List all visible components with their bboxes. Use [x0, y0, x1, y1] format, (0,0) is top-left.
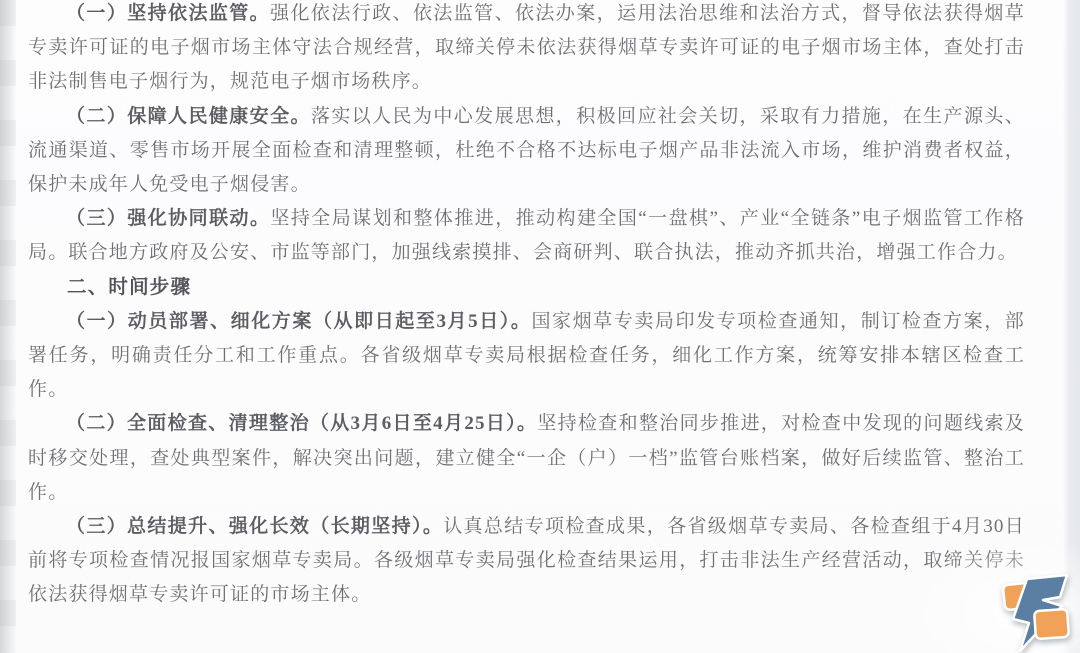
paragraph-mobilization-plan: （一）动员部署、细化方案（从即日起至3月5日）。国家烟草专卖局印发专项检查通知，…	[28, 305, 1025, 408]
paragraph-lead: （三）强化协同联动。	[66, 208, 270, 229]
page-right-edge-shadow	[1063, 0, 1080, 653]
paragraph-lead: （二）保障人民健康安全。	[66, 106, 311, 127]
paragraph-lead: （一）动员部署、细化方案（从即日起至3月5日）。	[66, 311, 531, 332]
paragraph-public-health: （二）保障人民健康安全。落实以人民为中心发展思想，积极回应社会关切，采取有力措施…	[28, 100, 1025, 203]
document-page: （一）坚持依法监管。强化依法行政、依法监管、依法办案，运用法治思维和法治方式，督…	[0, 0, 1080, 653]
paragraph-coordination: （三）强化协同联动。坚持全局谋划和整体推进，推动构建全国“一盘棋”、产业“全链条…	[28, 202, 1025, 270]
paragraph-summary-longterm: （三）总结提升、强化长效（长期坚持）。认真总结专项检查成果，各省级烟草专卖局、各…	[28, 510, 1025, 613]
paragraph-supervision-by-law: （一）坚持依法监管。强化依法行政、依法监管、依法办案，运用法治思维和法治方式，督…	[28, 0, 1025, 100]
page-left-edge-shadow	[0, 0, 16, 653]
paragraph-lead: （三）总结提升、强化长效（长期坚持）。	[66, 516, 443, 537]
logo-orange-rect-front	[1034, 609, 1069, 639]
document-body: （一）坚持依法监管。强化依法行政、依法监管、依法办案，运用法治思维和法治方式，督…	[28, 0, 1025, 613]
paragraph-lead: （一）坚持依法监管。	[66, 3, 270, 24]
section-heading-time-steps: 二、时间步骤	[28, 271, 1025, 305]
z-logo-icon	[1000, 573, 1079, 653]
brand-z-logo	[1000, 573, 1079, 653]
paragraph-inspection-cleanup: （二）全面检查、清理整治（从3月6日至4月25日）。坚持检查和整治同步推进，对检…	[28, 407, 1025, 510]
paragraph-lead: （二）全面检查、清理整治（从3月6日至4月25日）。	[66, 413, 537, 434]
